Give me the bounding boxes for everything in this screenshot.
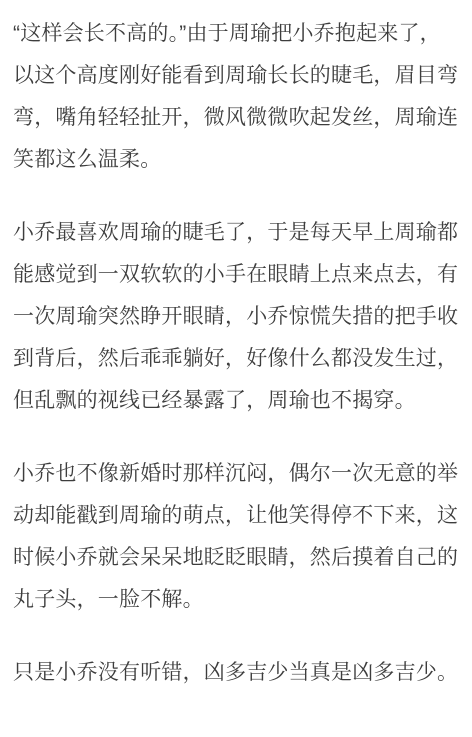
novel-paragraph: 只是小乔没有听错，凶多吉少当真是凶多吉少。 xyxy=(13,652,459,694)
novel-paragraph: 小乔最喜欢周瑜的睫毛了，于是每天早上周瑜都能感觉到一双软软的小手在眼睛上点来点去… xyxy=(13,212,459,422)
novel-paragraph: 小乔也不像新婚时那样沉闷，偶尔一次无意的举动却能戳到周瑜的萌点，让他笑得停不下来… xyxy=(13,453,459,621)
novel-paragraph: “这样会长不高的。”由于周瑜把小乔抱起来了，以这个高度刚好能看到周瑜长长的睫毛，… xyxy=(13,13,459,181)
novel-text-page: “这样会长不高的。”由于周瑜把小乔抱起来了，以这个高度刚好能看到周瑜长长的睫毛，… xyxy=(0,0,472,737)
